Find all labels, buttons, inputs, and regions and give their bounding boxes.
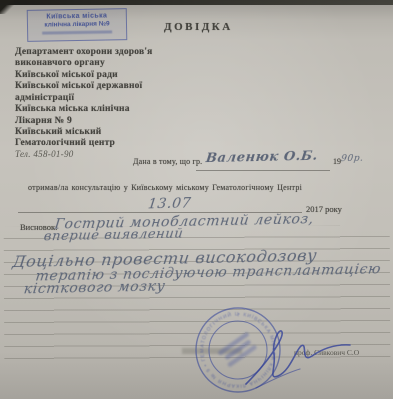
photo-top-edge xyxy=(0,0,393,5)
conclusion-handwritten-line: кісткового мозку xyxy=(23,279,166,298)
name-underline xyxy=(196,170,330,171)
header-line: Київської міської державної xyxy=(15,81,245,93)
issued-to-label: Дана в тому, що гр. xyxy=(133,157,202,166)
signature xyxy=(238,322,368,397)
header-line: Київська міська клінічна xyxy=(15,104,245,116)
consultation-line: отримав/ла консультацію у Київському міс… xyxy=(28,183,302,192)
header-line: Департамент охорони здоров'я xyxy=(15,47,245,59)
phone-line: Тел. 458-01-90 xyxy=(15,149,74,159)
conclusion-handwritten-line: вперше виявлений xyxy=(43,227,184,245)
patient-name-handwritten: Валенюк О.Б. xyxy=(205,149,319,166)
header-line: виконавчого органу xyxy=(15,58,245,70)
header-line: Київської міської ради xyxy=(15,70,245,82)
stamp-line-3-illegible xyxy=(42,30,112,34)
header-line: адміністрації xyxy=(15,93,245,105)
document-title: ДОВІДКА xyxy=(164,21,233,33)
header-line: Лікарня № 9 xyxy=(15,116,245,128)
birth-year-handwritten: 90р. xyxy=(340,154,364,164)
header-line: Київський міський xyxy=(15,127,245,139)
photo-corner-shadow xyxy=(0,0,14,14)
date-handwritten: 13.07 xyxy=(147,196,192,213)
header-line: Гематологічний центр xyxy=(15,138,245,150)
stamp-line-2: клінічна лікарня №9 xyxy=(28,20,126,30)
document-photo: Київська міська клінічна лікарня №9 ДОВІ… xyxy=(0,0,393,399)
rectangular-hospital-stamp: Київська міська клінічна лікарня №9 xyxy=(27,8,128,42)
